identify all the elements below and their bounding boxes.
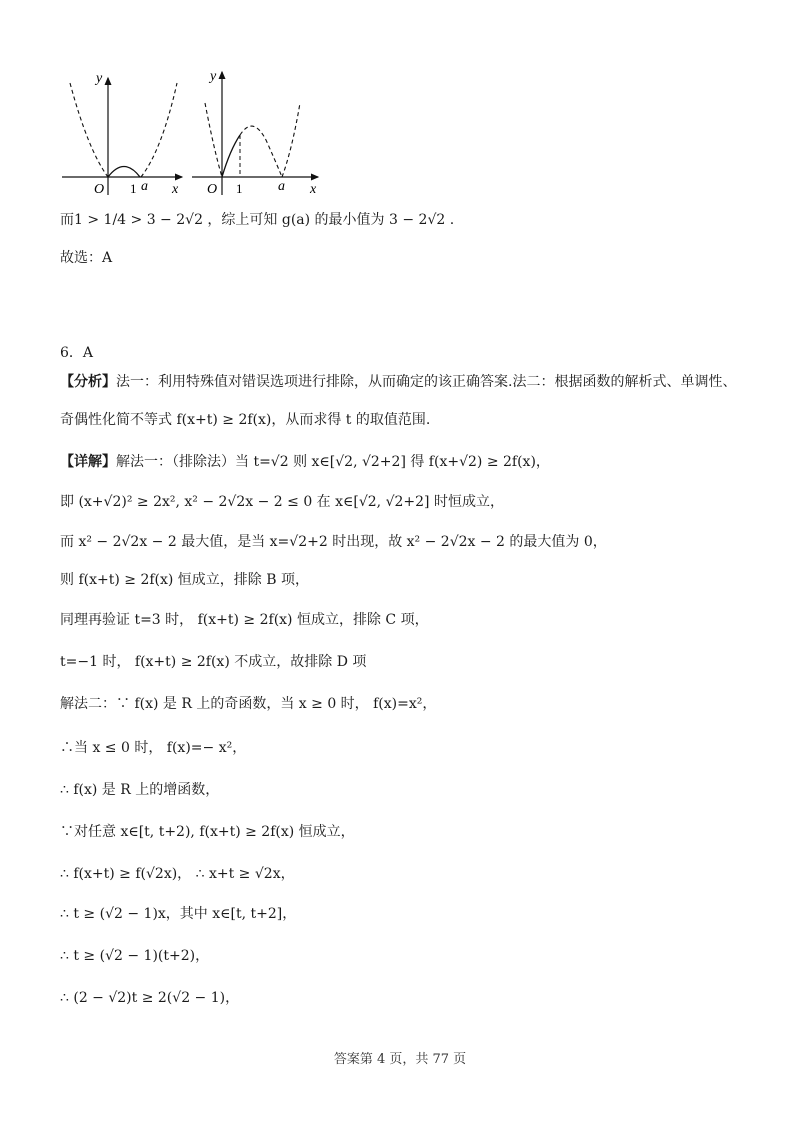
svg-text:x: x [171,182,179,197]
svg-text:1: 1 [236,181,243,196]
detail-line-4: 则 f(x+t) ≥ 2f(x) 恒成立，排除 B 项， [60,570,309,590]
svg-text:1: 1 [130,181,137,196]
conclusion-line: 而1 > 1/4 > 3 − 2√2 ，综上可知 g(a) 的最小值为 3 − … [60,210,454,230]
detail-label: 【详解】 [60,454,116,470]
detail-line-3: 而 x² − 2√2x − 2 最大值，是当 x=√2+2 时出现，故 x² −… [60,532,607,552]
svg-text:O: O [94,182,104,197]
method2-line-6: ∴ t ≥ (√2 − 1)x，其中 x∈[t, t+2]， [60,904,296,924]
analysis-text: 法一：利用特殊值对错误选项进行排除，从而确定的该正确答案.法二：根据函数的解析式… [116,374,736,390]
svg-text:y: y [94,71,103,86]
method2-line-4: ∵对任意 x∈[t, t+2), f(x+t) ≥ 2f(x) 恒成立， [60,822,355,842]
method2-line-5: ∴ f(x+t) ≥ f(√2x)， ∴ x+t ≥ √2x， [60,864,295,884]
detail-line-2: 即 (x+√2)² ≥ 2x², x² − 2√2x − 2 ≤ 0 在 x∈[… [60,492,504,512]
function-graphs-figure: y x O 1 a y x O 1 a [50,60,350,200]
graph-2: y x O 1 a [192,69,318,197]
svg-text:a: a [141,179,148,194]
page-footer: 答案第 4 页，共 77 页 [0,1048,800,1067]
detail-line-5: 同理再验证 t=3 时， f(x+t) ≥ 2f(x) 恒成立，排除 C 项， [60,610,429,630]
graph-1: y x O 1 a [62,71,182,197]
answer-choice-line: 故选：A [60,248,112,268]
svg-text:x: x [309,182,317,197]
svg-text:y: y [208,69,217,84]
method2-line-8: ∴ (2 − √2)t ≥ 2(√2 − 1)， [60,988,239,1008]
analysis-line-2: 奇偶性化简不等式 f(x+t) ≥ 2f(x)，从而求得 t 的取值范围. [60,410,430,430]
svg-text:O: O [207,182,217,197]
method2-line-2: ∴当 x ≤ 0 时， f(x)=− x²， [60,738,246,758]
document-page: y x O 1 a y x O 1 a 而1 > 1/4 > 3 − 2√2 ，… [0,0,800,1131]
detail-line-1: 【详解】解法一：（排除法）当 t=√2 则 x∈[√2, √2+2] 得 f(x… [60,452,550,472]
analysis-label: 【分析】 [60,374,116,390]
svg-text:a: a [278,179,285,194]
method2-line-7: ∴ t ≥ (√2 − 1)(t+2)， [60,946,209,966]
detail-line-6: t=−1 时， f(x+t) ≥ 2f(x) 不成立，故排除 D 项 [60,652,366,672]
question-number: 6．A [60,343,93,363]
method2-line-3: ∴ f(x) 是 R 上的增函数， [60,780,219,800]
method2-line-1: 解法二：∵ f(x) 是 R 上的奇函数，当 x ≥ 0 时， f(x)=x²， [60,694,436,714]
analysis-line-1: 【分析】法一：利用特殊值对错误选项进行排除，从而确定的该正确答案.法二：根据函数… [60,372,736,392]
detail-text: 解法一：（排除法）当 t=√2 则 x∈[√2, √2+2] 得 f(x+√2)… [116,454,550,470]
